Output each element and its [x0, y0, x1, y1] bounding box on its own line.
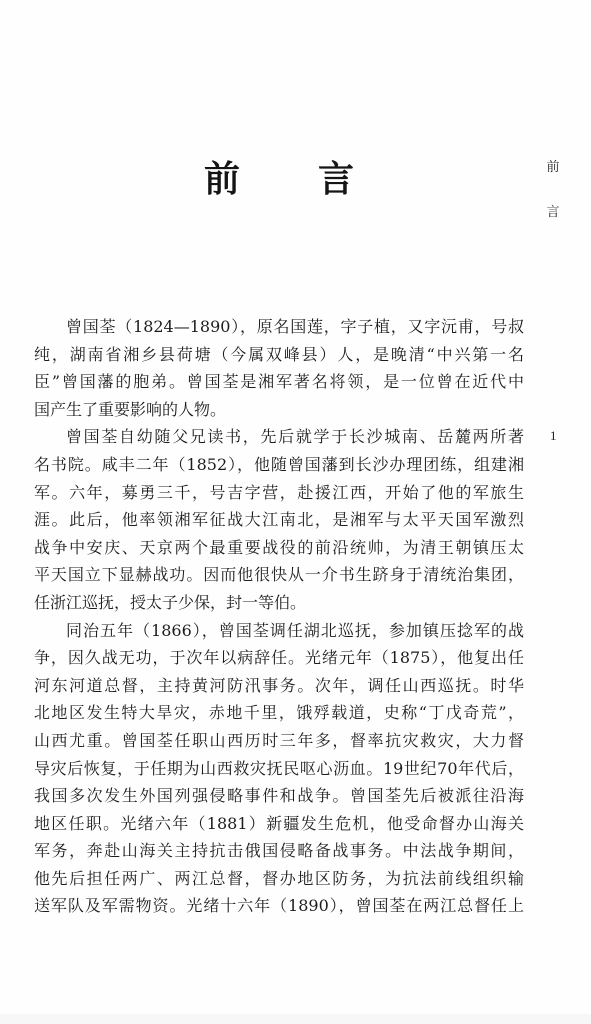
paragraph-3-line-9: 军务，奔赴山海关主持抗击俄国侵略备战事务。中法战争期间，	[34, 837, 524, 865]
paragraph-3-line-6: 导灾后恢复，于任期为山西救灾抚民呕心沥血。19世纪70年代后，	[34, 755, 524, 783]
paragraph-3-line-11: 送军队及军需物资。光绪十六年（1890），曾国荃在两江总督任上	[34, 892, 524, 920]
paragraph-3-line-2: 争，因久战无功，于次年以病辞任。光绪元年（1875），他复出任	[34, 644, 524, 672]
paragraph-2-line-7: 任浙江巡抚，授太子少保，封一等伯。	[34, 589, 524, 617]
paragraph-1-line-1: 曾国荃（1824—1890），原名国莲，字子植，又字沅甫，号叔	[34, 313, 524, 341]
paragraph-1-line-3: 臣”曾国藩的胞弟。曾国荃是湘军著名将领，是一位曾在近代中	[34, 368, 524, 396]
paragraph-2-line-5: 战争中安庆、天京两个最重要战役的前沿统帅，为清王朝镇压太	[34, 534, 524, 562]
paragraph-3-line-5: 山西尤重。曾国荃任职山西历时三年多，督率抗灾救灾，大力督	[34, 727, 524, 755]
paragraph-3-line-8: 地区任职。光绪六年（1881）新疆发生危机，他受命督办山海关	[34, 810, 524, 838]
paragraph-2-line-1: 曾国荃自幼随父兄读书，先后就学于长沙城南、岳麓两所著	[34, 423, 524, 451]
paragraph-3-line-4: 北地区发生特大旱灾，赤地千里，饿殍载道，史称“丁戊奇荒”，	[34, 699, 524, 727]
book-page: 前 言 前 言 1 曾国荃（1824—1890），原名国莲，字子植，又字沅甫，号…	[0, 0, 591, 1024]
page-number: 1	[550, 428, 557, 444]
running-head: 前 言	[544, 158, 562, 248]
paragraph-2-line-2: 名书院。咸丰二年（1852），他随曾国藩到长沙办理团练，组建湘	[34, 451, 524, 479]
paragraph-3-line-1: 同治五年（1866），曾国荃调任湖北巡抚，参加镇压捻军的战	[34, 617, 524, 645]
paragraph-2-line-6: 平天国立下显赫战功。因而他很快从一介书生跻身于清统治集团，	[34, 561, 524, 589]
paragraph-3-line-3: 河东河道总督，主持黄河防汛事务。次年，调任山西巡抚。时华	[34, 672, 524, 700]
body-text: 曾国荃（1824—1890），原名国莲，字子植，又字沅甫，号叔 纯，湖南省湘乡县…	[34, 313, 524, 920]
chapter-title-char-1: 前	[204, 151, 240, 202]
paragraph-2-line-4: 涯。此后，他率领湘军征战大江南北，是湘军与太平天国军激烈	[34, 506, 524, 534]
paragraph-2-line-3: 军。六年，募勇三千，号吉字营，赴援江西，开始了他的军旅生	[34, 479, 524, 507]
running-head-char-2: 言	[544, 203, 562, 248]
chapter-title-char-2: 言	[318, 151, 354, 202]
paragraph-3-line-10: 他先后担任两广、两江总督，督办地区防务，为抗法前线组织输	[34, 865, 524, 893]
paragraph-1-line-4: 国产生了重要影响的人物。	[34, 396, 524, 424]
running-head-char-1: 前	[544, 158, 562, 203]
page-bottom-edge	[0, 1014, 591, 1024]
chapter-title: 前 言	[204, 152, 354, 200]
paragraph-3-line-7: 我国多次发生外国列强侵略事件和战争。曾国荃先后被派往沿海	[34, 782, 524, 810]
paragraph-1-line-2: 纯，湖南省湘乡县荷塘（今属双峰县）人，是晚清“中兴第一名	[34, 341, 524, 369]
